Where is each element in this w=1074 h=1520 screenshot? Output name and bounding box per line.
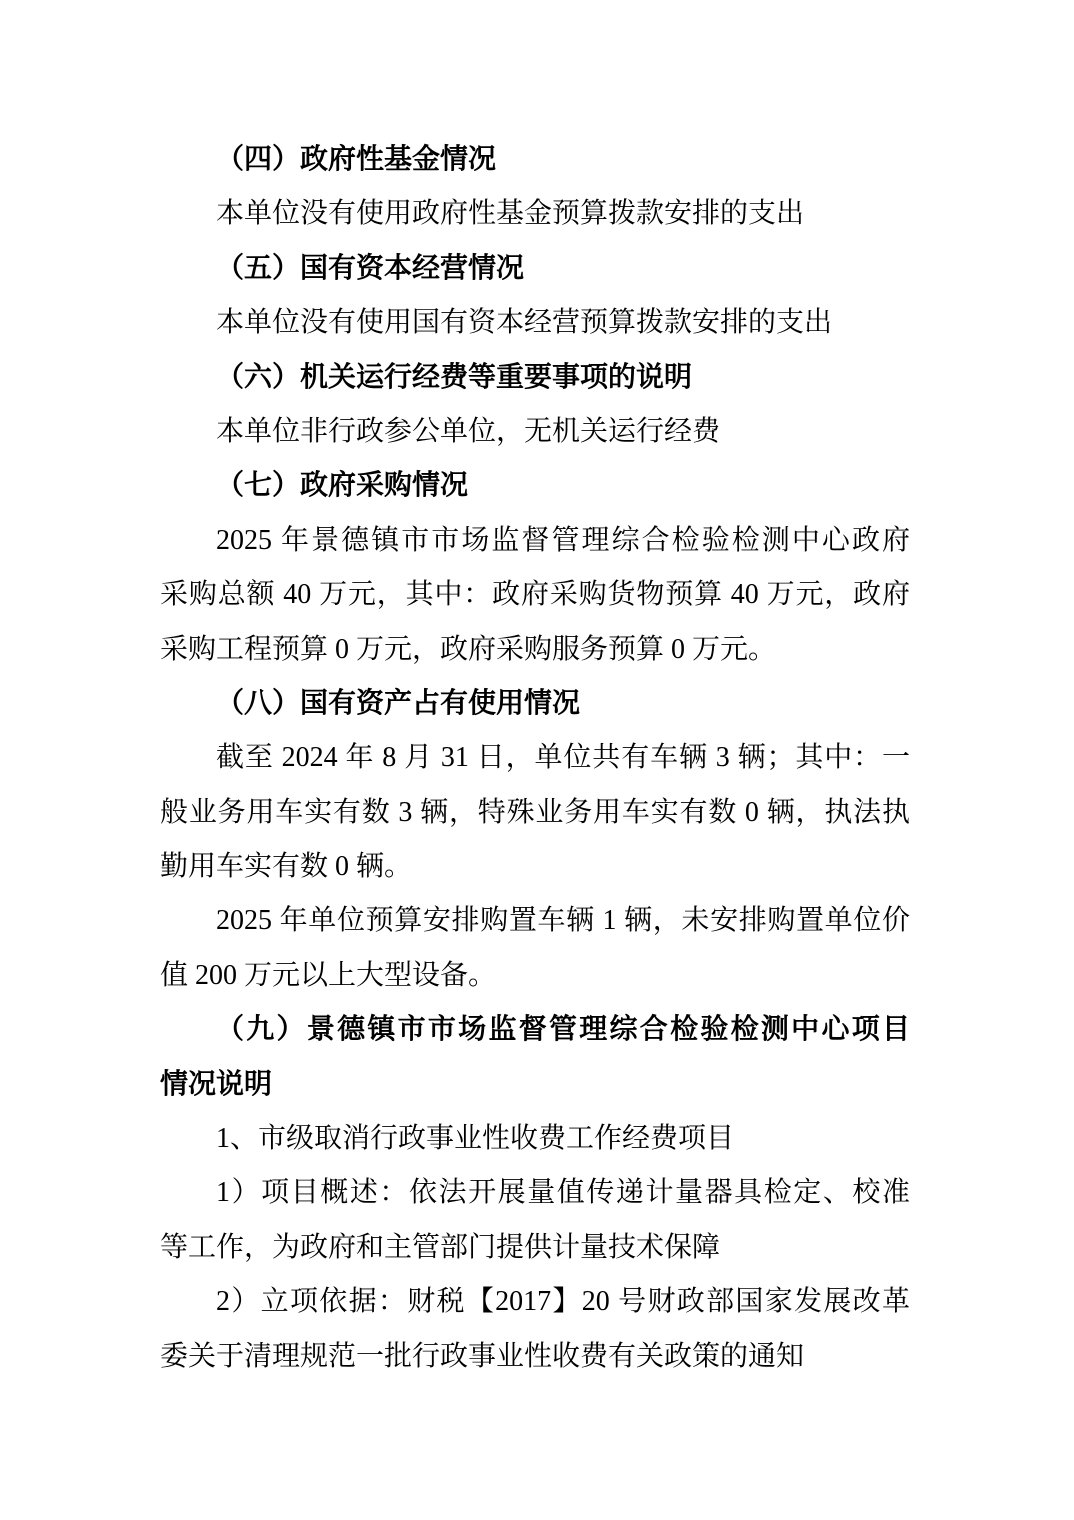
document-page: （四）政府性基金情况 本单位没有使用政府性基金预算拨款安排的支出 （五）国有资本…	[0, 0, 1074, 1520]
para-state-capital-body: 本单位没有使用国有资本经营预算拨款安排的支出	[160, 296, 910, 350]
para-vehicle-budget-line-2: 值 200 万元以上大型设备。	[160, 949, 910, 1003]
para-assets-line-3: 勤用车实有数 0 辆。	[160, 840, 910, 894]
section-heading-nine-line-1: （九）景德镇市市场监督管理综合检验检测中心项目	[160, 1003, 910, 1057]
section-heading-nine-line-2: 情况说明	[160, 1058, 910, 1112]
para-procurement-line-3: 采购工程预算 0 万元，政府采购服务预算 0 万元。	[160, 623, 910, 677]
para-agency-expense-body: 本单位非行政参公单位，无机关运行经费	[160, 405, 910, 459]
para-assets-line-2: 般业务用车实有数 3 辆，特殊业务用车实有数 0 辆，执法执	[160, 786, 910, 840]
para-project-overview-line-2: 等工作，为政府和主管部门提供计量技术保障	[160, 1221, 910, 1275]
para-vehicle-budget-line-1: 2025 年单位预算安排购置车辆 1 辆，未安排购置单位价	[160, 894, 910, 948]
para-project-basis-line-1: 2）立项依据：财税【2017】20 号财政部国家发展改革	[160, 1275, 910, 1329]
para-assets-line-1: 截至 2024 年 8 月 31 日，单位共有车辆 3 辆；其中：一	[160, 731, 910, 785]
section-heading-six: （六）机关运行经费等重要事项的说明	[160, 351, 910, 405]
para-gov-fund-body: 本单位没有使用政府性基金预算拨款安排的支出	[160, 187, 910, 241]
section-heading-eight: （八）国有资产占有使用情况	[160, 677, 910, 731]
para-project-item-1: 1、市级取消行政事业性收费工作经费项目	[160, 1112, 910, 1166]
para-procurement-line-1: 2025 年景德镇市市场监督管理综合检验检测中心政府	[160, 514, 910, 568]
para-project-basis-line-2: 委关于清理规范一批行政事业性收费有关政策的通知	[160, 1330, 910, 1384]
para-project-overview-line-1: 1）项目概述：依法开展量值传递计量器具检定、校准	[160, 1166, 910, 1220]
para-procurement-line-2: 采购总额 40 万元，其中：政府采购货物预算 40 万元，政府	[160, 568, 910, 622]
section-heading-four: （四）政府性基金情况	[160, 133, 910, 187]
section-heading-five: （五）国有资本经营情况	[160, 242, 910, 296]
section-heading-seven: （七）政府采购情况	[160, 459, 910, 513]
document-body: （四）政府性基金情况 本单位没有使用政府性基金预算拨款安排的支出 （五）国有资本…	[160, 133, 910, 1384]
